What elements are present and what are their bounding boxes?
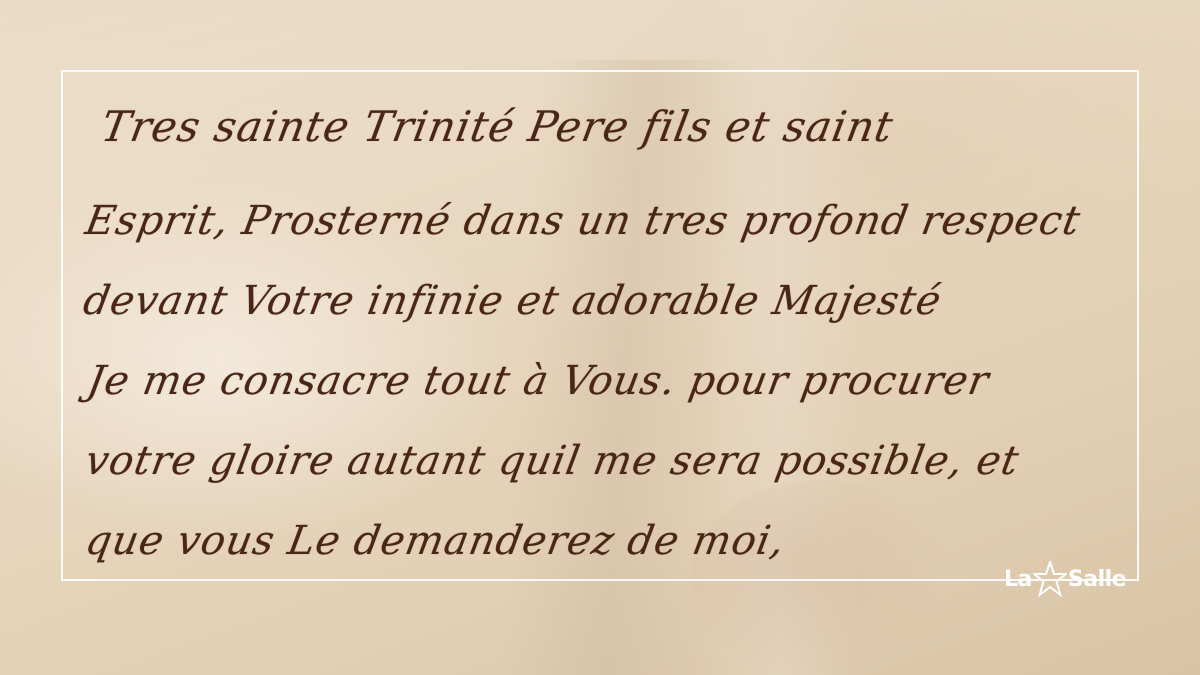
logo-text-salle: Salle [1068, 567, 1126, 592]
manuscript-line-6: que vous Le demanderez de moi, [82, 518, 789, 564]
manuscript-line-1: Tres sainte Trinité Pere fils et saint [98, 102, 898, 151]
manuscript-line-4: Je me consacre tout à Vous. pour procure… [84, 358, 993, 404]
logo-text-la: La [1004, 567, 1032, 592]
la-salle-logo: La Salle [1004, 553, 1140, 605]
manuscript-line-5: votre gloire autant quil me sera possibl… [82, 438, 1023, 484]
star-outline-icon [1033, 561, 1067, 597]
manuscript-line-3: devant Votre infinie et adorable Majesté [80, 278, 945, 324]
manuscript-line-2: Esprit, Prosterné dans un tres profond r… [82, 198, 1084, 244]
